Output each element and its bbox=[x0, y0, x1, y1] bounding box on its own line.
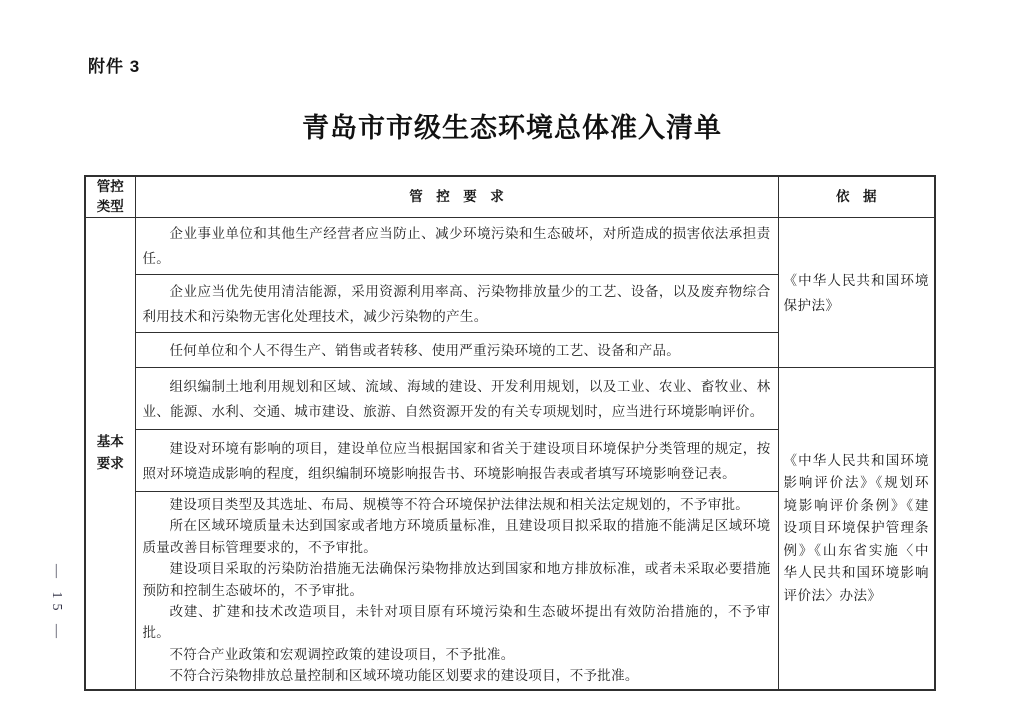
document-page: 附件 3 青岛市市级生态环境总体准入清单 — 15 — 管控 类型 管 控 要 … bbox=[0, 0, 1024, 727]
requirement-cell: 组织编制土地利用规划和区域、流域、海域的建设、开发利用规划，以及工业、农业、畜牧… bbox=[135, 368, 778, 430]
table-row: 组织编制土地利用规划和区域、流域、海域的建设、开发利用规划，以及工业、农业、畜牧… bbox=[85, 368, 935, 430]
page-number: — 15 — bbox=[48, 548, 64, 658]
requirement-text: 企业事业单位和其他生产经营者应当防止、减少环境污染和生态破坏，对所造成的损害依法… bbox=[143, 221, 771, 271]
requirement-text: 组织编制土地利用规划和区域、流域、海域的建设、开发利用规划，以及工业、农业、畜牧… bbox=[143, 374, 771, 424]
requirement-cell: 建设项目类型及其选址、布局、规模等不符合环境保护法律法规和相关法定规划的，不予审… bbox=[135, 492, 778, 690]
requirement-text: 所在区域环境质量未达到国家或者地方环境质量标准，且建设项目拟采取的措施不能满足区… bbox=[143, 515, 771, 558]
requirement-cell: 任何单位和个人不得生产、销售或者转移、使用严重污染环境的工艺、设备和产品。 bbox=[135, 333, 778, 368]
col-header-control-requirements: 管 控 要 求 bbox=[135, 176, 778, 218]
control-type-group-cell: 基本 要求 bbox=[85, 218, 135, 690]
basis-cell: 《中华人民共和国环境影响评价法》《规划环境影响评价条例》《建设项目环境保护管理条… bbox=[778, 368, 935, 690]
requirement-text: 建设项目类型及其选址、布局、规模等不符合环境保护法律法规和相关法定规划的，不予审… bbox=[143, 494, 771, 515]
requirement-text: 建设对环境有影响的项目，建设单位应当根据国家和省关于建设项目环境保护分类管理的规… bbox=[143, 436, 771, 486]
requirement-cell: 企业应当优先使用清洁能源，采用资源利用率高、污染物排放量少的工艺、设备，以及废弃… bbox=[135, 275, 778, 333]
col-header-basis: 依 据 bbox=[778, 176, 935, 218]
col-header-control-type: 管控 类型 bbox=[85, 176, 135, 218]
requirement-cell: 建设对环境有影响的项目，建设单位应当根据国家和省关于建设项目环境保护分类管理的规… bbox=[135, 430, 778, 492]
requirement-text: 任何单位和个人不得生产、销售或者转移、使用严重污染环境的工艺、设备和产品。 bbox=[143, 338, 771, 363]
requirement-text: 企业应当优先使用清洁能源，采用资源利用率高、污染物排放量少的工艺、设备，以及废弃… bbox=[143, 279, 771, 329]
attachment-label: 附件 3 bbox=[88, 52, 140, 77]
access-list-table: 管控 类型 管 控 要 求 依 据 基本 要求 企业事业单位和其他生产经营者应当… bbox=[84, 175, 936, 691]
requirement-text: 改建、扩建和技术改造项目，未针对项目原有环境污染和生态破坏提出有效防治措施的，不… bbox=[143, 601, 771, 644]
table-row: 基本 要求 企业事业单位和其他生产经营者应当防止、减少环境污染和生态破坏，对所造… bbox=[85, 218, 935, 275]
requirement-cell: 企业事业单位和其他生产经营者应当防止、减少环境污染和生态破坏，对所造成的损害依法… bbox=[135, 218, 778, 275]
requirement-text: 建设项目采取的污染防治措施无法确保污染物排放达到国家和地方排放标准，或者未采取必… bbox=[143, 558, 771, 601]
requirement-text: 不符合污染物排放总量控制和区域环境功能区划要求的建设项目，不予批准。 bbox=[143, 665, 771, 686]
table-header-row: 管控 类型 管 控 要 求 依 据 bbox=[85, 176, 935, 218]
basis-cell: 《中华人民共和国环境保护法》 bbox=[778, 218, 935, 368]
page-title: 青岛市市级生态环境总体准入清单 bbox=[0, 106, 1024, 145]
requirement-text: 不符合产业政策和宏观调控政策的建设项目，不予批准。 bbox=[143, 644, 771, 665]
